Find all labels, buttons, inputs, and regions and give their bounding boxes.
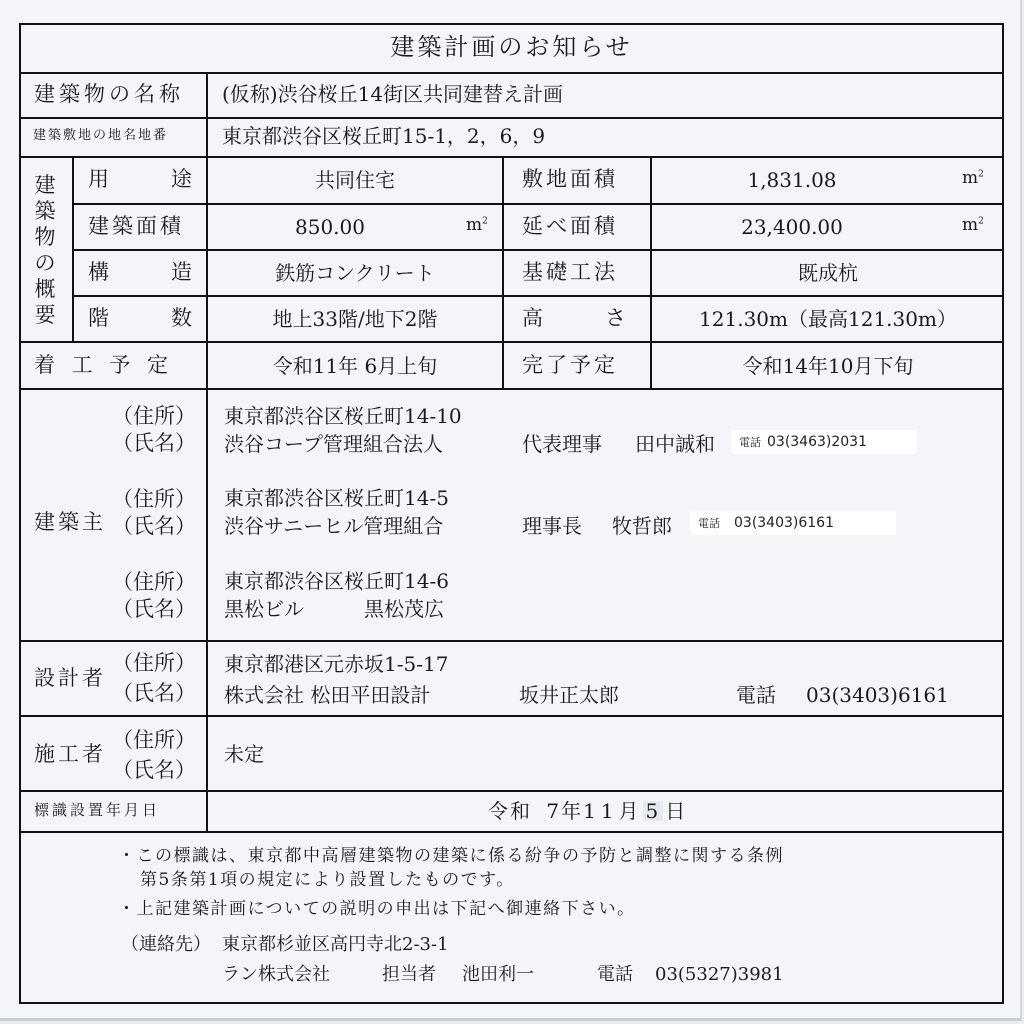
contractor-value: 未定 — [224, 744, 264, 764]
designer-addr-tag: （住所） — [112, 653, 196, 674]
label-char: さ — [605, 308, 626, 329]
owner2-person: 牧哲郎 — [612, 516, 672, 536]
owner1-name: 渋谷コープ管理組合法人 — [224, 434, 443, 454]
date-month-unit: 月 — [619, 799, 641, 823]
building-area-unit: m2 — [466, 217, 488, 234]
label-char: 造 — [171, 262, 192, 283]
owner1-phone-sticker: 電話03(3463)2031 — [731, 430, 917, 454]
date-day: 5 — [643, 801, 664, 821]
posted-date-label: 標識設置年月日 — [34, 803, 160, 818]
owner1-person: 田中誠和 — [635, 434, 715, 454]
divider — [19, 117, 1004, 119]
label-char: 用 — [88, 169, 109, 190]
divider — [502, 156, 504, 389]
owner1-phone: 03(3463)2031 — [767, 434, 867, 450]
overview-char: 概 — [33, 276, 57, 302]
building-name-label: 建築物の名称 — [34, 84, 184, 105]
divider — [19, 341, 1004, 343]
building-area-value: 850.00 — [230, 217, 430, 237]
designer-name-tag: （氏名） — [112, 683, 196, 704]
designer-company: 株式会社 松田平田設計 — [224, 685, 430, 705]
date-month: 11 — [583, 799, 618, 823]
designer-person: 坂井正太郎 — [519, 685, 619, 705]
foundation-label: 基礎工法 — [522, 262, 618, 283]
divider — [73, 203, 1004, 205]
label-char: 途 — [171, 169, 192, 190]
structure-value: 鉄筋コンクリート — [208, 263, 502, 283]
contractor-label: 施工者 — [34, 744, 106, 765]
note-bullet-2: ・上記建築計画についての説明の申出は下記へ御連絡下さい。 — [118, 901, 636, 918]
date-year: 7 — [546, 799, 561, 823]
site-area-value: 1,831.08 — [652, 170, 932, 190]
foundation-value: 既成杭 — [652, 263, 1004, 283]
owner2-address: 東京都渋谷区桜丘町14-5 — [224, 488, 449, 508]
owner1-role: 代表理事 — [522, 434, 602, 454]
owner2-name: 渋谷サニーヒル管理組合 — [224, 516, 443, 536]
divider — [19, 640, 1004, 642]
floor-area-label: 延べ面積 — [522, 216, 618, 237]
divider — [73, 249, 1004, 251]
divider — [19, 831, 1004, 833]
divider — [19, 156, 1004, 158]
floor-area-value: 23,400.00 — [652, 217, 932, 237]
owner2-phone-sticker: 電話03(3403)6161 — [690, 511, 896, 535]
owner1-address: 東京都渋谷区桜丘町14-10 — [224, 406, 462, 426]
overview-group-label: 建 築 物 の 概 要 — [33, 172, 57, 328]
date-era: 令和 — [488, 799, 532, 823]
note-bullet-1-line-1: ・この標識は、東京都中高層建築物の建築に係る紛争の予防と調整に関する条例 — [118, 848, 784, 865]
label-char: 高 — [522, 308, 543, 329]
start-value: 令和11年 6月上旬 — [208, 356, 502, 376]
owner1-name-tag: （氏名） — [112, 433, 196, 454]
divider — [19, 790, 1004, 792]
posted-date-value: 令和 7年11月5日 — [488, 801, 687, 821]
divider — [19, 388, 1004, 390]
owner3-name-tag: （氏名） — [112, 599, 196, 620]
owner2-addr-tag: （住所） — [112, 489, 196, 510]
notice-title: 建築計画のお知らせ — [19, 35, 1004, 59]
owner3-addr-tag: （住所） — [112, 572, 196, 593]
site-area-label: 敷地面積 — [522, 169, 618, 190]
designer-label: 設計者 — [34, 668, 106, 689]
designer-phone-label: 電話 — [736, 685, 776, 705]
note-bullet-1-line-2: 第5条第1項の規定により設置したものです。 — [140, 872, 515, 889]
divider — [72, 156, 74, 342]
contact-phone: 03(5327)3981 — [655, 966, 784, 984]
designer-address: 東京都港区元赤坂1-5-17 — [224, 654, 448, 674]
contractor-name-tag: （氏名） — [112, 760, 196, 781]
owner2-phone: 03(3403)6161 — [734, 515, 834, 531]
structure-label: 構 造 — [88, 262, 192, 283]
end-value: 令和14年10月下旬 — [652, 356, 1004, 376]
designer-phone: 03(3403)6161 — [806, 685, 949, 705]
divider — [19, 72, 1004, 74]
site-address-value: 東京都渋谷区桜丘町15-1，2，6，9 — [222, 126, 545, 146]
owner1-addr-tag: （住所） — [112, 406, 196, 427]
label-char: 数 — [171, 308, 192, 329]
overview-char: の — [33, 250, 57, 276]
date-day-unit: 日 — [665, 799, 687, 823]
contact-phone-label: 電話 — [597, 966, 633, 984]
height-value: 121.30m（最高121.30m） — [652, 309, 1004, 329]
contact-role: 担当者 — [382, 966, 436, 984]
divider — [19, 715, 1004, 717]
contact-company: ラン株式会社 — [222, 966, 330, 984]
usage-label: 用 途 — [88, 169, 192, 190]
divider — [73, 295, 1004, 297]
floor-area-unit: m2 — [962, 217, 984, 234]
site-address-label: 建築敷地の地名地番 — [33, 129, 168, 142]
end-label: 完了予定 — [522, 355, 618, 376]
building-area-label: 建築面積 — [88, 216, 184, 237]
floors-label: 階 数 — [88, 308, 192, 329]
site-area-unit: m2 — [962, 170, 984, 187]
owner2-name-tag: （氏名） — [112, 516, 196, 537]
building-name-value: (仮称)渋谷桜丘14街区共同建替え計画 — [222, 84, 563, 104]
owner3-address: 東京都渋谷区桜丘町14-6 — [224, 571, 449, 591]
owner-label: 建築主 — [34, 512, 106, 533]
date-year-unit: 年 — [561, 799, 583, 823]
usage-value: 共同住宅 — [208, 170, 502, 190]
notice-board: 建築計画のお知らせ 建築物の名称 (仮称)渋谷桜丘14街区共同建替え計画 建築敷… — [0, 0, 1022, 1021]
phone-label: 電話 — [698, 517, 720, 530]
label-char: 構 — [88, 262, 109, 283]
phone-label: 電話 — [739, 436, 761, 449]
height-label: 高 さ — [522, 308, 626, 329]
owner3-name: 黒松ビル — [224, 599, 304, 619]
overview-char: 建 — [33, 172, 57, 198]
overview-char: 要 — [33, 302, 57, 328]
contact-label: （連絡先） — [121, 936, 211, 954]
owner3-person: 黒松茂広 — [364, 599, 444, 619]
contractor-addr-tag: （住所） — [112, 730, 196, 751]
owner2-role: 理事長 — [522, 516, 582, 536]
overview-char: 物 — [33, 224, 57, 250]
label-char: 階 — [88, 308, 109, 329]
overview-char: 築 — [33, 198, 57, 224]
floors-value: 地上33階/地下2階 — [208, 309, 502, 329]
start-label: 着 工 予 定 — [34, 355, 173, 376]
contact-address: 東京都杉並区高円寺北2-3-1 — [222, 936, 449, 954]
contact-person: 池田利一 — [462, 966, 534, 984]
